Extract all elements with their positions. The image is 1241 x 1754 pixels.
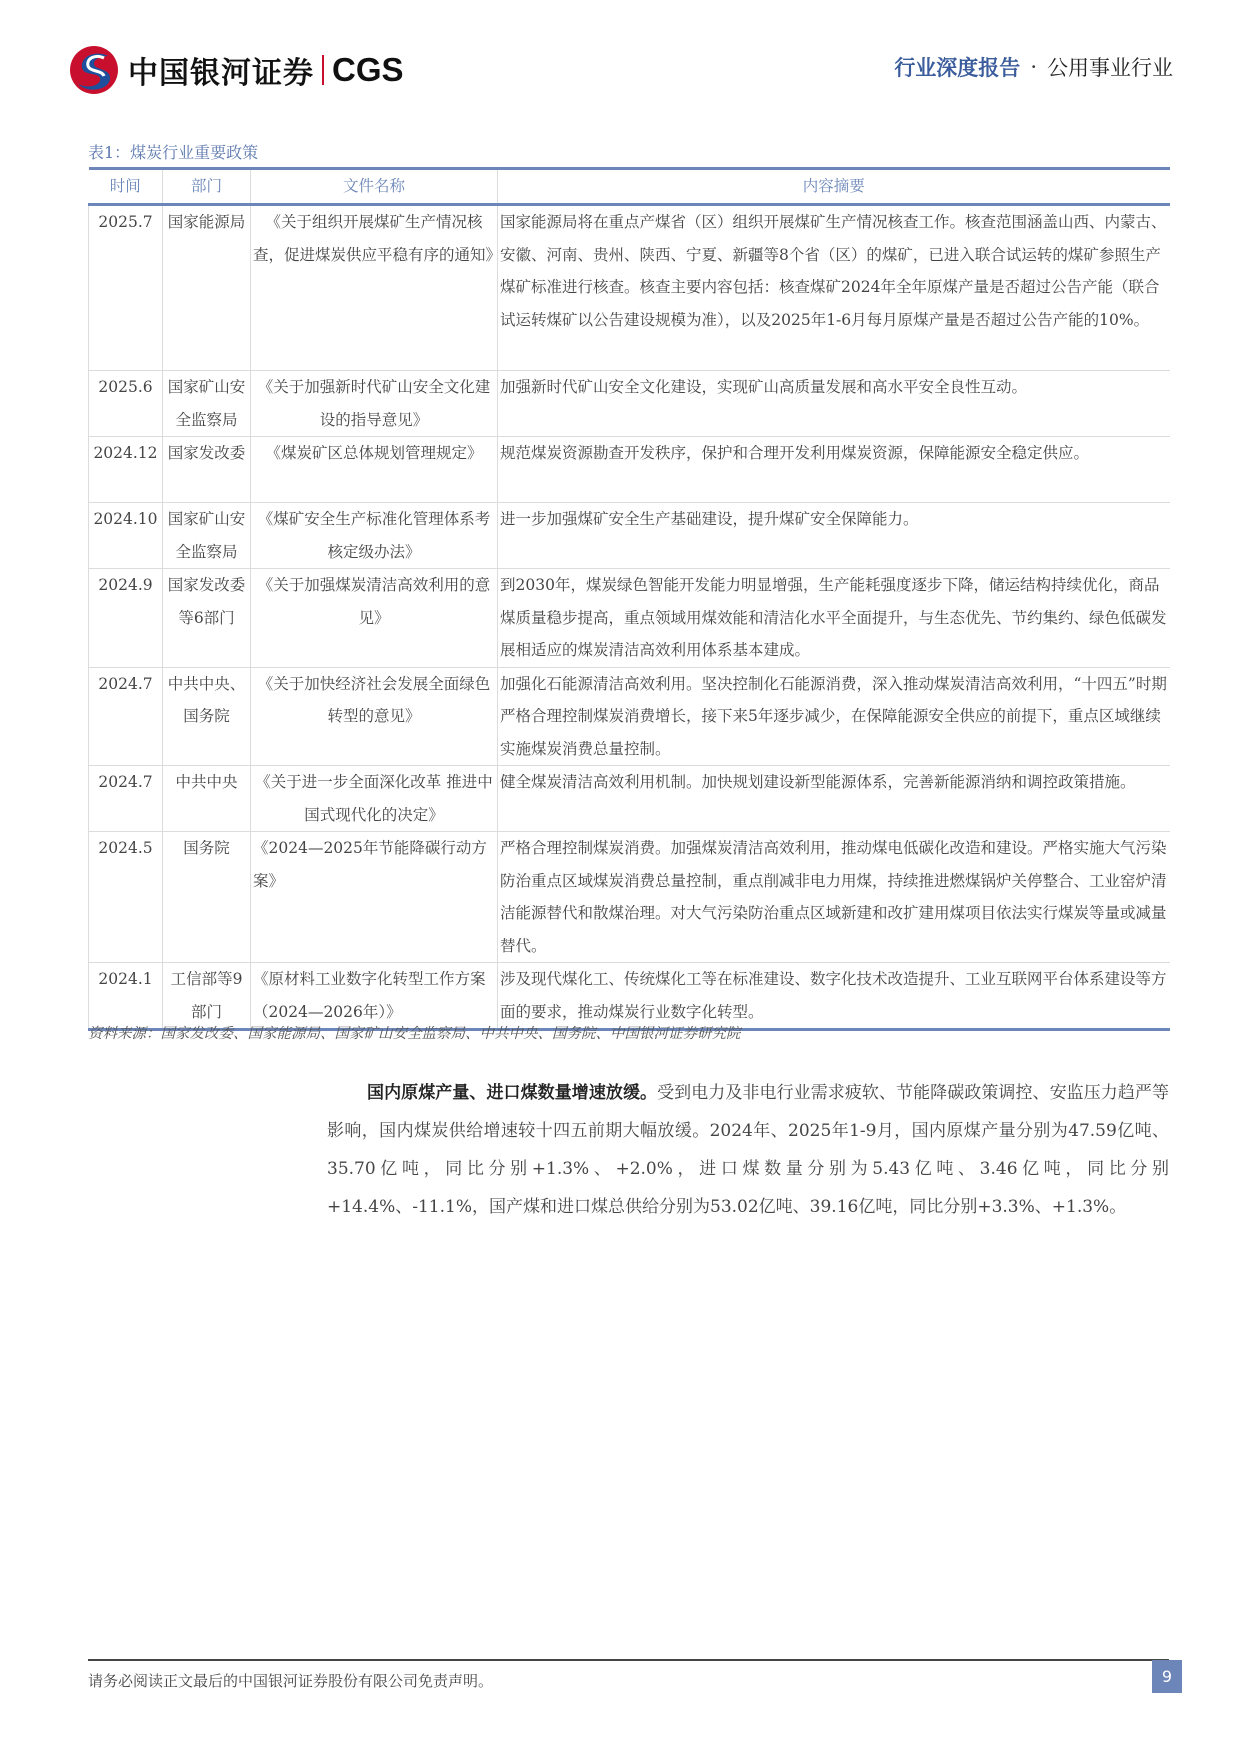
- brand-divider: [322, 55, 324, 85]
- policy-table: 时间 部门 文件名称 内容摘要 2025.7 国家能源局 《关于组织开展煤矿生产…: [88, 167, 1170, 1031]
- table-source-note: 资料来源：国家发改委、国家能源局、国家矿山安全监察局、中共中央、国务院、中国银河…: [88, 1022, 741, 1043]
- column-header-dept: 部门: [163, 169, 251, 205]
- cell-time: 2024.12: [89, 437, 163, 503]
- cell-dept: 国家能源局: [163, 205, 251, 371]
- brand-name-cn: 中国银河证券: [128, 48, 314, 92]
- cell-summary: 加强新时代矿山安全文化建设，实现矿山高质量发展和高水平安全良性互动。: [498, 371, 1170, 437]
- cell-dept: 国家矿山安全监察局: [163, 371, 251, 437]
- cell-dept: 中共中央: [163, 766, 251, 832]
- table-row: 2025.7 国家能源局 《关于组织开展煤矿生产情况核查，促进煤炭供应平稳有序的…: [89, 205, 1170, 371]
- cell-dept: 中共中央、国务院: [163, 667, 251, 766]
- brand-name-en: CGS: [332, 51, 404, 89]
- galaxy-logo-icon: [68, 44, 120, 96]
- cell-doc: 《煤矿安全生产标准化管理体系考核定级办法》: [251, 503, 498, 569]
- cell-doc: 《煤炭矿区总体规划管理规定》: [251, 437, 498, 503]
- table-row: 2024.9 国家发改委等6部门 《关于加强煤炭清洁高效利用的意见》 到2030…: [89, 569, 1170, 668]
- cell-time: 2024.5: [89, 832, 163, 963]
- cell-doc: 《关于加强新时代矿山安全文化建设的指导意见》: [251, 371, 498, 437]
- cell-doc: 《原材料工业数字化转型工作方案（2024—2026年）》: [251, 963, 498, 1030]
- cell-summary: 涉及现代煤化工、传统煤化工等在标准建设、数字化技术改造提升、工业互联网平台体系建…: [498, 963, 1170, 1030]
- column-header-time: 时间: [89, 169, 163, 205]
- paragraph-lead: 国内原煤产量、进口煤数量增速放缓。: [367, 1083, 657, 1103]
- cell-summary: 严格合理控制煤炭消费。加强煤炭清洁高效利用，推动煤电低碳化改造和建设。严格实施大…: [498, 832, 1170, 963]
- cell-time: 2024.1: [89, 963, 163, 1030]
- cell-dept: 国家矿山安全监察局: [163, 503, 251, 569]
- table-row: 2024.7 中共中央 《关于进一步全面深化改革 推进中国式现代化的决定》 健全…: [89, 766, 1170, 832]
- cell-doc: 《关于进一步全面深化改革 推进中国式现代化的决定》: [251, 766, 498, 832]
- cell-summary: 健全煤炭清洁高效利用机制。加快规划建设新型能源体系，完善新能源消纳和调控政策措施…: [498, 766, 1170, 832]
- cell-time: 2025.7: [89, 205, 163, 371]
- column-header-doc: 文件名称: [251, 169, 498, 205]
- table-row: 2024.7 中共中央、国务院 《关于加快经济社会发展全面绿色转型的意见》 加强…: [89, 667, 1170, 766]
- cell-dept: 国务院: [163, 832, 251, 963]
- table-header-row: 时间 部门 文件名称 内容摘要: [89, 169, 1170, 205]
- cell-dept: 国家发改委等6部门: [163, 569, 251, 668]
- header-separator: ·: [1030, 55, 1037, 79]
- cell-summary: 进一步加强煤矿安全生产基础建设，提升煤矿安全保障能力。: [498, 503, 1170, 569]
- cell-time: 2024.7: [89, 766, 163, 832]
- cell-summary: 规范煤炭资源勘查开发秩序，保护和合理开发利用煤炭资源，保障能源安全稳定供应。: [498, 437, 1170, 503]
- table-row: 2024.12 国家发改委 《煤炭矿区总体规划管理规定》 规范煤炭资源勘查开发秩…: [89, 437, 1170, 503]
- report-type: 行业深度报告: [894, 52, 1020, 82]
- cell-summary: 到2030年，煤炭绿色智能开发能力明显增强，生产能耗强度逐步下降，储运结构持续优…: [498, 569, 1170, 668]
- cell-time: 2024.9: [89, 569, 163, 668]
- cell-dept: 国家发改委: [163, 437, 251, 503]
- cell-summary: 加强化石能源清洁高效利用。坚决控制化石能源消费，深入推动煤炭清洁高效利用，“十四…: [498, 667, 1170, 766]
- cell-time: 2024.7: [89, 667, 163, 766]
- cell-time: 2025.6: [89, 371, 163, 437]
- page-number: 9: [1152, 1660, 1182, 1693]
- column-header-summary: 内容摘要: [498, 169, 1170, 205]
- table-caption: 表1：煤炭行业重要政策: [88, 140, 258, 163]
- cell-time: 2024.10: [89, 503, 163, 569]
- table-row: 2024.5 国务院 《2024—2025年节能降碳行动方案》 严格合理控制煤炭…: [89, 832, 1170, 963]
- body-paragraph: 国内原煤产量、进口煤数量增速放缓。受到电力及非电行业需求疲软、节能降碳政策调控、…: [327, 1074, 1169, 1226]
- table-row: 2025.6 国家矿山安全监察局 《关于加强新时代矿山安全文化建设的指导意见》 …: [89, 371, 1170, 437]
- footer-divider: [88, 1659, 1169, 1661]
- cell-doc: 《2024—2025年节能降碳行动方案》: [251, 832, 498, 963]
- brand-logo: 中国银河证券 CGS: [68, 44, 404, 96]
- cell-summary: 国家能源局将在重点产煤省（区）组织开展煤矿生产情况核查工作。核查范围涵盖山西、内…: [498, 205, 1170, 371]
- cell-dept: 工信部等9部门: [163, 963, 251, 1030]
- cell-doc: 《关于加强煤炭清洁高效利用的意见》: [251, 569, 498, 668]
- table-row: 2024.1 工信部等9部门 《原材料工业数字化转型工作方案（2024—2026…: [89, 963, 1170, 1030]
- report-header: 行业深度报告 · 公用事业行业: [894, 52, 1173, 82]
- table-row: 2024.10 国家矿山安全监察局 《煤矿安全生产标准化管理体系考核定级办法》 …: [89, 503, 1170, 569]
- industry-label: 公用事业行业: [1047, 52, 1173, 82]
- cell-doc: 《关于组织开展煤矿生产情况核查，促进煤炭供应平稳有序的通知》: [251, 205, 498, 371]
- cell-doc: 《关于加快经济社会发展全面绿色转型的意见》: [251, 667, 498, 766]
- footer-disclaimer: 请务必阅读正文最后的中国银河证券股份有限公司免责声明。: [88, 1670, 493, 1691]
- paragraph-text: 受到电力及非电行业需求疲软、节能降碳政策调控、安监压力趋严等影响，国内煤炭供给增…: [327, 1083, 1169, 1217]
